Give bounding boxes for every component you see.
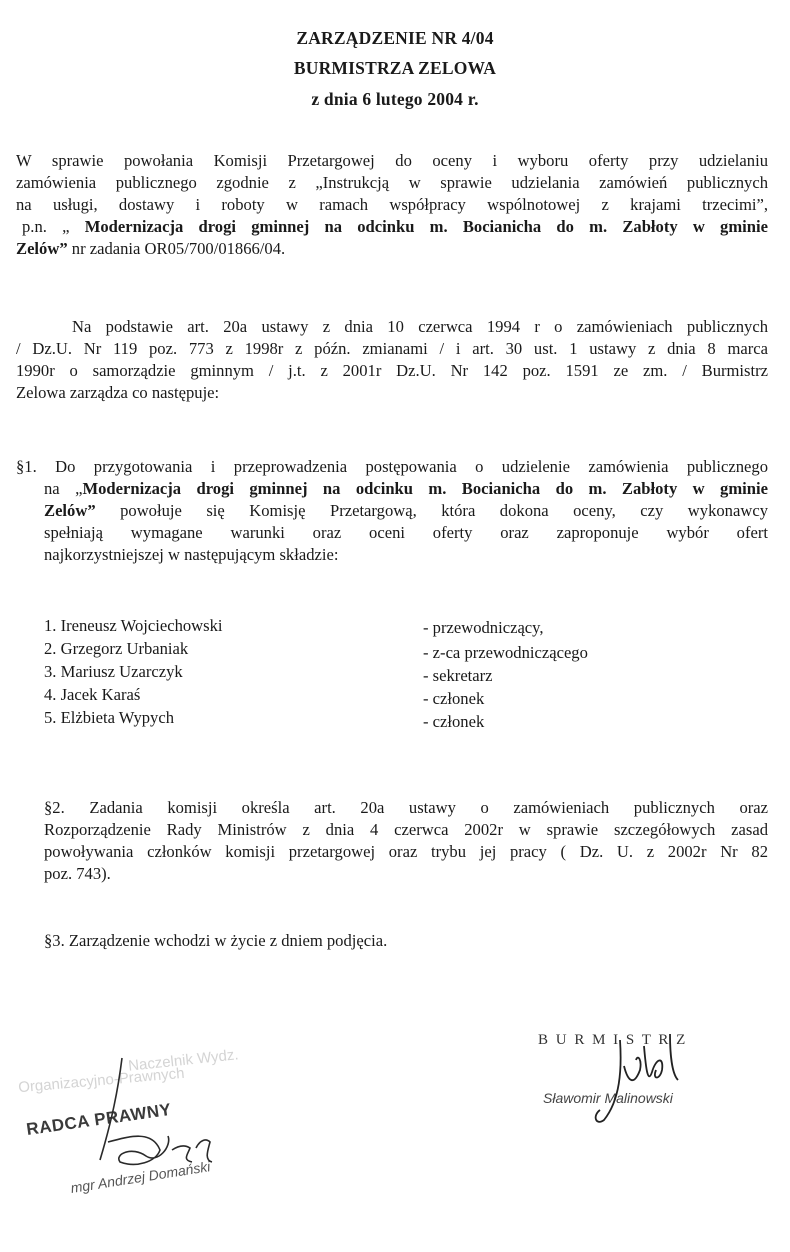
legal-counsel-signature-icon — [60, 1050, 230, 1200]
section-2: §2. Zadania komisji określa art. 20a ust… — [16, 797, 768, 885]
document-page: ZARZĄDZENIE NR 4/04 BURMISTRZA ZELOWA z … — [0, 0, 790, 1252]
section-1: §1. Do przygotowania i przeprowadzenia p… — [16, 456, 768, 566]
mayor-signature-icon — [590, 1020, 700, 1130]
issuer-heading: BURMISTRZA ZELOWA — [0, 58, 790, 79]
order-number-heading: ZARZĄDZENIE NR 4/04 — [0, 28, 790, 49]
legal-basis-paragraph: Na podstawie art. 20a ustawy z dnia 10 c… — [16, 316, 768, 404]
date-heading: z dnia 6 lutego 2004 r. — [0, 89, 790, 110]
section-3: §3. Zarządzenie wchodzi w życie z dniem … — [16, 930, 387, 952]
committee-members-list: 1. Ireneusz Wojciechowski - przewodniczą… — [44, 614, 764, 729]
member-row: 2. Grzegorz Urbaniak - z-ca przewodniczą… — [44, 637, 764, 660]
member-row: 3. Mariusz Uzarczyk - sekretarz — [44, 660, 764, 683]
project-name: Modernizacja drogi gminnej na odcinku m.… — [85, 217, 768, 236]
intro-paragraph: W sprawie powołania Komisji Przetargowej… — [16, 150, 768, 260]
member-row: 4. Jacek Karaś - członek — [44, 683, 764, 706]
member-row: 1. Ireneusz Wojciechowski - przewodniczą… — [44, 614, 764, 637]
member-row: 5. Elżbieta Wypych - członek — [44, 706, 764, 729]
